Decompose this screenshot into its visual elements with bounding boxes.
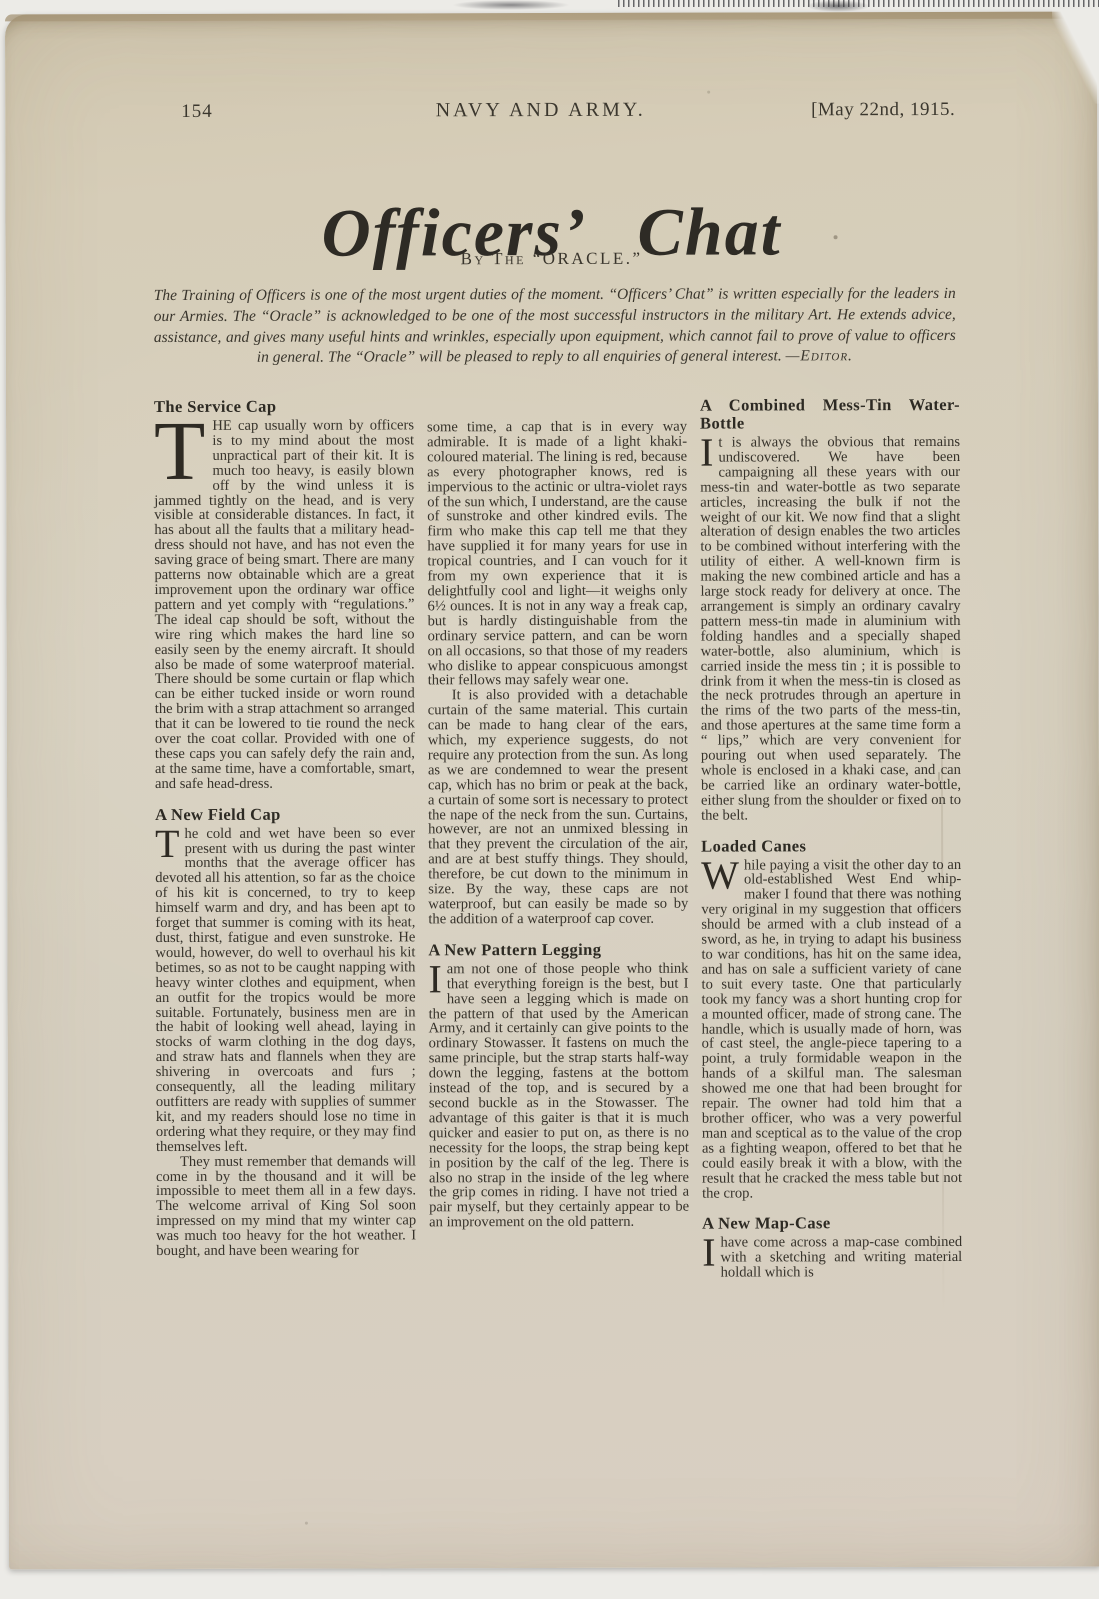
section-heading-service-cap: The Service Cap: [154, 397, 414, 416]
paragraph-text: hile paying a visit the other day to an …: [701, 856, 962, 1201]
section-heading-loaded-canes: Loaded Canes: [701, 836, 961, 855]
paragraph: THE cap usually worn by officers is to m…: [154, 418, 415, 791]
paragraph: While paying a visit the other day to an…: [701, 857, 962, 1201]
byline: By The “ORACLE.”: [6, 248, 1098, 271]
journal-title: NAVY AND ARMY.: [311, 98, 770, 122]
issue-date: [May 22nd, 1915.: [770, 99, 955, 121]
drop-cap: W: [701, 858, 744, 888]
section-heading-mess-tin: A Combined Mess-Tin Water-Bottle: [700, 396, 960, 433]
magazine-page: 154 NAVY AND ARMY. [May 22nd, 1915. Offi…: [5, 12, 1099, 1570]
ink-speck: [707, 91, 710, 94]
article-columns: The Service Cap THE cap usually worn by …: [154, 396, 962, 1282]
column-3: A Combined Mess-Tin Water-Bottle It is a…: [700, 396, 962, 1281]
drop-cap: I: [700, 436, 718, 466]
drop-cap: T: [154, 419, 212, 481]
section-heading-field-cap: A New Field Cap: [155, 805, 415, 824]
paragraph: They must remember that demands will com…: [156, 1154, 416, 1259]
drop-cap: I: [428, 962, 446, 992]
drop-cap: T: [155, 827, 185, 857]
editor-signature: —Editor.: [786, 348, 853, 365]
paragraph: Iam not one of those people who think th…: [428, 961, 689, 1230]
scanner-smudge: [452, 0, 570, 10]
column-1: The Service Cap THE cap usually worn by …: [154, 397, 416, 1282]
ink-speck: [305, 1522, 308, 1525]
column-2: some time, a cap that is in every way ad…: [427, 397, 689, 1282]
running-header: 154 NAVY AND ARMY. [May 22nd, 1915.: [155, 98, 955, 123]
section-heading-map-case: A New Map-Case: [702, 1214, 962, 1233]
paragraph: It is always the obvious that remains un…: [700, 435, 961, 823]
paragraph-text: he cold and wet have been so ever presen…: [155, 825, 416, 1155]
paragraph: some time, a cap that is in every way ad…: [427, 420, 688, 689]
section-heading-pattern-legging: A New Pattern Legging: [428, 940, 688, 959]
paragraph: It is also provided with a detachable cu…: [428, 688, 689, 927]
paragraph-text: have come across a map-case combined wit…: [720, 1234, 962, 1280]
paragraph-text: am not one of those people who think tha…: [429, 960, 690, 1230]
drop-cap: I: [702, 1236, 720, 1266]
paragraph: The cold and wet have been so ever prese…: [155, 826, 416, 1155]
editor-introduction: The Training of Officers is one of the m…: [154, 284, 956, 369]
page-corner-cut: [1052, 9, 1099, 104]
page-top-edge: [5, 12, 1097, 22]
scanner-smudge: [806, 0, 870, 12]
paragraph-text: t is always the obvious that remains und…: [700, 434, 961, 823]
page-number: 154: [155, 101, 311, 123]
paragraph: Ihave come across a map-case combined wi…: [702, 1235, 962, 1280]
